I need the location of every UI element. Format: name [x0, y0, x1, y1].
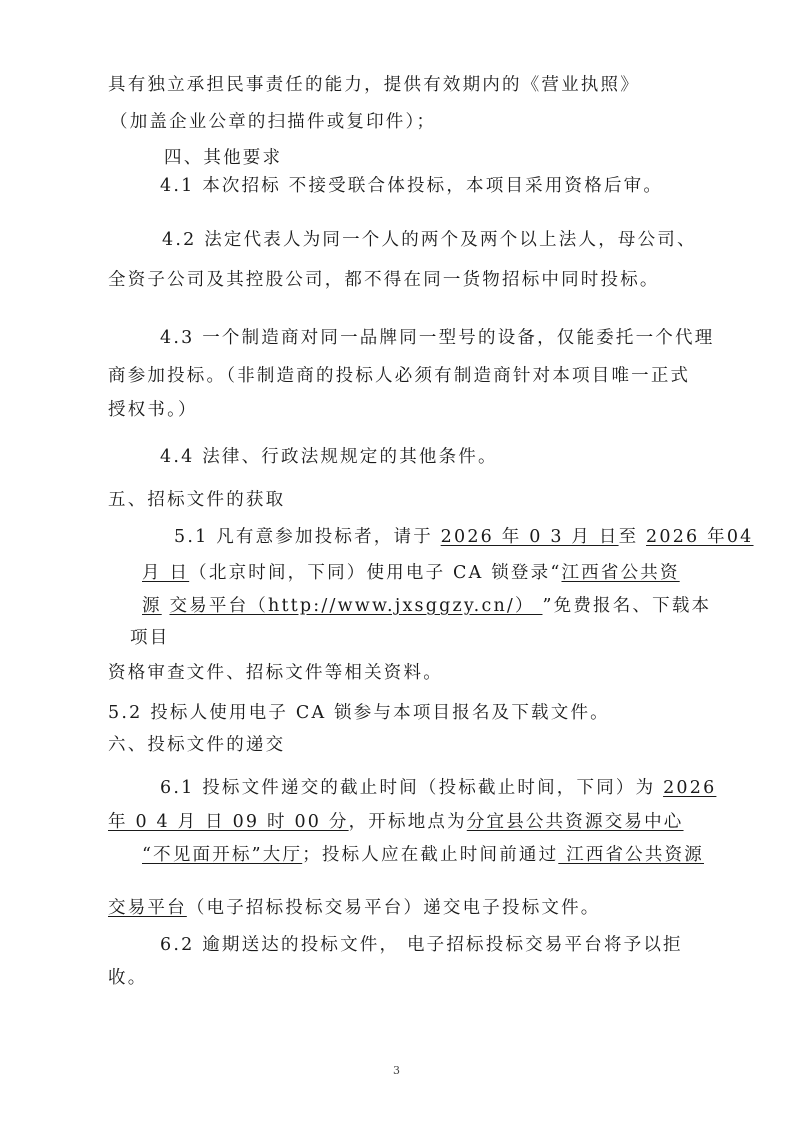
text-line: 5.1 凡有意参加投标者，请于 2026 年 0 3 月 日至 2026 年04 — [174, 526, 754, 548]
text-line: 具有独立承担民事责任的能力，提供有效期内的《营业执照》 — [108, 74, 640, 96]
text-segment: 5.1 凡有意参加投标者，请于 — [174, 527, 441, 547]
underlined-text: 交易平台 — [108, 898, 187, 918]
text-segment: 资格审查文件、招标文件等相关资料。 — [108, 663, 443, 683]
text-segment: ，开标地点为 — [349, 812, 467, 832]
text-line: 授权书。） — [108, 399, 198, 421]
underlined-text: 月 日 — [142, 563, 189, 583]
text-segment: 5.2 投标人使用电子 CA 锁参与本项目报名及下载文件。 — [108, 703, 610, 723]
text-segment: 4.4 法律、行政法规规定的其他条件。 — [160, 447, 498, 467]
text-segment: （电子招标投标交易平台）递交电子投标文件。 — [187, 898, 601, 918]
text-line: 4.3 一个制造商对同一品牌同一型号的设备，仅能委托一个代理 — [160, 327, 714, 349]
page-number: 3 — [0, 1064, 793, 1077]
underlined-text: 江西省公共资 — [561, 563, 679, 583]
text-line: 六、投标文件的递交 — [108, 734, 285, 756]
text-segment: 6.2 逾期送达的投标文件， 电子招标投标交易平台将予以拒 — [160, 935, 683, 955]
text-line: 项目 — [130, 627, 169, 649]
underlined-text: 2026 年04 — [646, 527, 753, 547]
text-segment: 全资子公司及其控股公司，都不得在同一货物招标中同时投标。 — [108, 270, 660, 290]
text-line: 资格审查文件、招标文件等相关资料。 — [108, 662, 443, 684]
text-line: 4.1 本次招标 不接受联合体投标，本项目采用资格后审。 — [160, 175, 663, 197]
text-segment: 具有独立承担民事责任的能力，提供有效期内的《营业执照》 — [108, 75, 640, 95]
text-line: 5.2 投标人使用电子 CA 锁参与本项目报名及下载文件。 — [108, 702, 610, 724]
text-line: 四、其他要求 — [164, 147, 282, 169]
text-segment: 四、其他要求 — [164, 148, 282, 168]
text-line: 6.1 投标文件递交的截止时间（投标截止时间，下同）为 2026 — [160, 777, 716, 799]
text-segment: 6.1 投标文件递交的截止时间（投标截止时间，下同）为 — [160, 778, 663, 798]
text-line: 月 日（北京时间，下同）使用电子 CA 锁登录“江西省公共资 — [142, 562, 680, 584]
text-segment: （加盖企业公章的扫描件或复印件）； — [110, 112, 436, 132]
text-segment: 五、招标文件的获取 — [108, 490, 285, 510]
underlined-text: 年 0 4 月 日 09 时 00 分 — [108, 812, 349, 832]
underlined-text: “不见面开标”大厅 — [142, 845, 302, 865]
underlined-text: 交易平台（http://www.jxsggzy.cn/） — [169, 596, 542, 616]
text-line: （加盖企业公章的扫描件或复印件）； — [110, 111, 436, 133]
text-line: 4.4 法律、行政法规规定的其他条件。 — [160, 446, 498, 468]
text-line: 商参加投标。（非制造商的投标人必须有制造商针对本项目唯一正式 — [108, 365, 690, 387]
text-segment: 收。 — [108, 968, 147, 988]
underlined-text: 2026 年 0 3 月 日 — [441, 527, 619, 547]
text-segment: ”免费报名、下载本 — [542, 596, 711, 616]
text-line: 年 0 4 月 日 09 时 00 分，开标地点为分宜县公共资源交易中心 — [108, 811, 684, 833]
text-segment: 至 — [619, 527, 646, 547]
text-line: 全资子公司及其控股公司，都不得在同一货物招标中同时投标。 — [108, 269, 660, 291]
underlined-text: 2026 — [663, 778, 716, 798]
text-segment: 4.3 一个制造商对同一品牌同一型号的设备，仅能委托一个代理 — [160, 328, 714, 348]
underlined-text: 源 — [142, 596, 162, 616]
text-line: 五、招标文件的获取 — [108, 489, 285, 511]
text-segment: 商参加投标。（非制造商的投标人必须有制造商针对本项目唯一正式 — [108, 366, 690, 386]
text-line: 交易平台（电子招标投标交易平台）递交电子投标文件。 — [108, 897, 601, 919]
text-segment: 六、投标文件的递交 — [108, 735, 285, 755]
underlined-text: 分宜县公共资源交易中心 — [467, 812, 684, 832]
text-segment: 项目 — [130, 628, 169, 648]
text-line: 收。 — [108, 967, 147, 989]
text-segment: ；投标人应在截止时间前通过 — [302, 845, 558, 865]
text-segment: 4.1 本次招标 不接受联合体投标，本项目采用资格后审。 — [160, 176, 663, 196]
text-line: 6.2 逾期送达的投标文件， 电子招标投标交易平台将予以拒 — [160, 934, 683, 956]
text-segment: 4.2 法定代表人为同一个人的两个及两个以上法人，母公司、 — [162, 230, 697, 250]
underlined-text: 江西省公共资源 — [558, 845, 704, 865]
text-line: “不见面开标”大厅；投标人应在截止时间前通过 江西省公共资源 — [142, 844, 704, 866]
text-segment: 授权书。） — [108, 400, 198, 420]
text-line: 源 交易平台（http://www.jxsggzy.cn/） ”免费报名、下载本 — [142, 595, 711, 617]
text-line: 4.2 法定代表人为同一个人的两个及两个以上法人，母公司、 — [162, 229, 697, 251]
text-segment: （北京时间，下同）使用电子 CA 锁登录“ — [189, 563, 561, 583]
